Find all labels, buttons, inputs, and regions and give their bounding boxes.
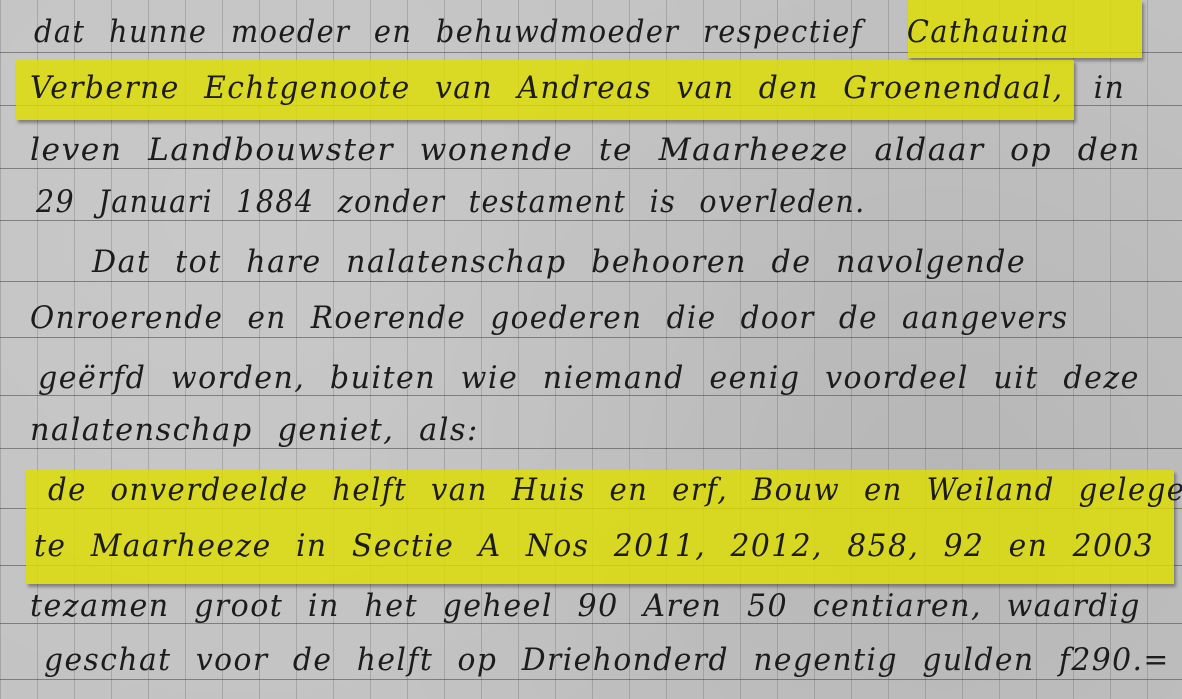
text-line-11: tezamen groot in het geheel 90 Aren 50 c… [30, 588, 1141, 624]
text-line-4: 29 Januari 1884 zonder testament is over… [36, 184, 866, 220]
ruled-line [0, 168, 1182, 169]
ruled-line [0, 448, 1182, 449]
highlighted-property: de onverdeelde helft van Huis en erf, Bo… [48, 472, 1182, 508]
line-text: dat hunne moeder en behuwdmoeder respect… [34, 14, 863, 50]
line-text: Dat tot hare nalatenschap behooren de na… [92, 244, 1026, 280]
line-text: geschat voor de helft op Driehonderd neg… [44, 642, 1170, 678]
text-line-6: Onroerende en Roerende goederen die door… [30, 300, 1068, 336]
line-text: in [1094, 70, 1126, 106]
line-text: tezamen groot in het geheel 90 Aren 50 c… [30, 588, 1141, 624]
text-line-5: Dat tot hare nalatenschap behooren de na… [92, 244, 1026, 280]
text-line-2: Verberne Echtgenoote van Andreas van den… [30, 70, 1125, 106]
ruled-line [0, 679, 1182, 680]
line-text: leven Landbouwster wonende te Maarheeze … [30, 132, 1141, 168]
line-text: 29 Januari 1884 zonder testament is over… [36, 184, 866, 220]
line-text: nalatenschap geniet, als: [30, 412, 479, 448]
document-page: dat hunne moeder en behuwdmoeder respect… [0, 0, 1182, 699]
text-line-1: dat hunne moeder en behuwdmoeder respect… [34, 14, 1070, 50]
highlighted-spouse: Verberne Echtgenoote van Andreas van den… [30, 70, 1064, 106]
line-text: Onroerende en Roerende goederen die door… [30, 300, 1068, 336]
text-line-7: geërfd worden, buiten wie niemand eenig … [38, 360, 1140, 396]
highlighted-name: Cathauina [907, 14, 1070, 50]
ruled-line [0, 337, 1182, 338]
highlighted-parcels: te Maarheeze in Sectie A Nos 2011, 2012,… [34, 528, 1154, 564]
text-line-12: geschat voor de helft op Driehonderd neg… [44, 642, 1170, 678]
text-line-3: leven Landbouwster wonende te Maarheeze … [30, 132, 1141, 168]
line-text: geërfd worden, buiten wie niemand eenig … [38, 360, 1140, 396]
ruled-line [0, 220, 1182, 221]
text-line-10: te Maarheeze in Sectie A Nos 2011, 2012,… [34, 528, 1154, 564]
text-line-9: de onverdeelde helft van Huis en erf, Bo… [48, 472, 1182, 508]
ruled-line [0, 281, 1182, 282]
text-line-8: nalatenschap geniet, als: [30, 412, 479, 448]
